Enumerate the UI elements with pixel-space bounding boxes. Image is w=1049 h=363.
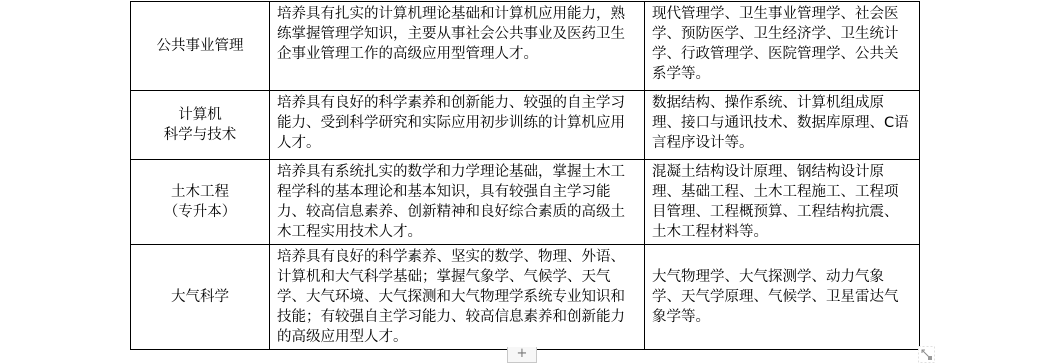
majors-table: 公共事业管理 培养具有扎实的计算机理论基础和计算机应用能力，熟练掌握管理学知识，… [130,1,920,350]
table-resize-handle[interactable] [918,346,935,363]
main-courses-cell[interactable]: 数据结构、操作系统、计算机组成原理、接口与通讯技术、数据库原理、C语言程序设计等… [645,91,920,160]
resize-diagonal-icon [918,346,935,363]
major-name-line-1: 计算机 [138,105,262,125]
training-goal-cell[interactable]: 培养具有良好的科学素养、坚实的数学、物理、外语、计算机和大气科学基础；掌握气象学… [270,245,645,350]
add-row-button[interactable]: + [507,347,537,363]
table-row: 计算机 科学与技术 培养具有良好的科学素养和创新能力、较强的自主学习能力、受到科… [131,91,920,160]
major-name-line-2: 科学与技术 [138,125,262,145]
major-name-cell[interactable]: 大气科学 [131,245,270,350]
plus-icon: + [517,346,528,361]
training-goal-cell[interactable]: 培养具有良好的科学素养和创新能力、较强的自主学习能力、受到科学研究和实际应用初步… [270,91,645,160]
table-row: 大气科学 培养具有良好的科学素养、坚实的数学、物理、外语、计算机和大气科学基础；… [131,245,920,350]
training-goal-cell[interactable]: 培养具有系统扎实的数学和力学理论基础，掌握土木工程学科的基本理论和基本知识，具有… [270,160,645,245]
major-name: 大气科学 [138,287,262,307]
document-page: 公共事业管理 培养具有扎实的计算机理论基础和计算机应用能力，熟练掌握管理学知识，… [0,0,1049,363]
table-row: 公共事业管理 培养具有扎实的计算机理论基础和计算机应用能力，熟练掌握管理学知识，… [131,2,920,91]
table-row: 土木工程 （专升本） 培养具有系统扎实的数学和力学理论基础，掌握土木工程学科的基… [131,160,920,245]
major-name-cell[interactable]: 公共事业管理 [131,2,270,91]
major-name-line-2: （专升本） [138,202,262,222]
main-courses-cell[interactable]: 混凝土结构设计原理、钢结构设计原理、基础工程、土木工程施工、工程项目管理、工程概… [645,160,920,245]
major-name-cell[interactable]: 计算机 科学与技术 [131,91,270,160]
major-name: 公共事业管理 [138,36,262,56]
main-courses-cell[interactable]: 现代管理学、卫生事业管理学、社会医学、预防医学、卫生经济学、卫生统计学、行政管理… [645,2,920,91]
training-goal-cell[interactable]: 培养具有扎实的计算机理论基础和计算机应用能力，熟练掌握管理学知识，主要从事社会公… [270,2,645,91]
main-courses-cell[interactable]: 大气物理学、大气探测学、动力气象学、天气学原理、气候学、卫星雷达气象学等。 [645,245,920,350]
major-name-line-1: 土木工程 [138,182,262,202]
major-name-cell[interactable]: 土木工程 （专升本） [131,160,270,245]
